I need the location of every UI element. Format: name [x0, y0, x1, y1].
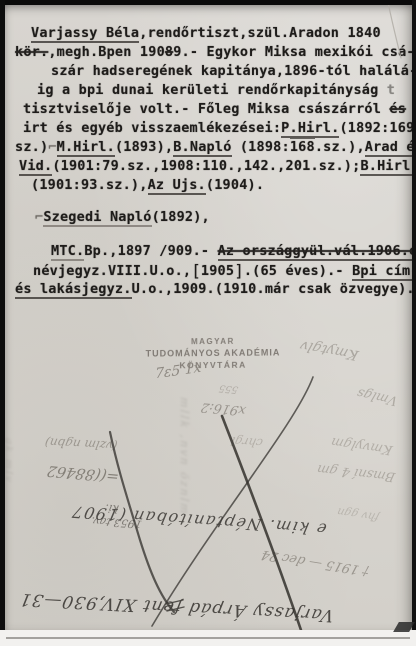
- text-segment: (1901:93.sz.),: [31, 177, 148, 193]
- handwritten-annotation: Kmvylgm: [329, 434, 394, 457]
- text-segment: és: [389, 101, 406, 117]
- text-segment: (1901:79.sz.,1908:110.,142.,201.sz.);: [52, 158, 360, 174]
- typed-line: szár hadseregének kapitánya,1896-tól hal…: [15, 62, 415, 81]
- text-segment: (1904).: [206, 177, 264, 193]
- text-segment: P.Hirl.: [281, 120, 339, 138]
- typewritten-text-block: Varjassy Béla,rendőrtiszt,szül.Aradon 18…: [15, 24, 415, 299]
- text-segment: tisztviselője volt.- Főleg Miksa császár…: [23, 101, 389, 117]
- text-segment: B.Hirl.: [360, 158, 416, 176]
- handwritten-annotation: † 1915 — dec 24: [259, 547, 371, 579]
- typed-line: Varjassy Béla,rendőrtiszt,szül.Aradon 18…: [15, 24, 415, 43]
- text-segment: Varjassy Béla: [31, 25, 139, 43]
- handwritten-annotation: Kmytglv: [298, 337, 361, 363]
- text-segment: 168: [290, 138, 315, 155]
- text-segment: Az Ujs.: [148, 177, 206, 195]
- typed-line: és lakásjegyz.U.o.,1909.(1910.már csak ö…: [15, 280, 415, 299]
- handwritten-annotation: x916:2: [199, 399, 247, 418]
- text-segment: ,rendőrtiszt,szül.Aradon 1840: [139, 25, 381, 41]
- text-segment: .sz.),: [315, 139, 365, 155]
- text-segment: (1892:169.: [339, 120, 416, 136]
- text-segment: Arad és: [365, 139, 416, 157]
- text-segment: M.Hirl.: [57, 139, 115, 157]
- handwritten-annotation: mllk ,nvn öznlm: [178, 396, 191, 516]
- stamp-line-2: TUDOMÁNYOS AKADÉMIA: [123, 346, 303, 360]
- photo-bottom-edge-line: [6, 637, 410, 639]
- handwritten-annotation: =((88462: [45, 462, 121, 486]
- text-segment: 9.- Egykor Miksa mexikói csá-: [173, 44, 415, 60]
- handwritten-annotation: e kim. Néptanítóban (1907: [69, 502, 328, 539]
- text-segment: és lakásjegyz.: [15, 281, 132, 299]
- text-segment: .(65 éves).-: [244, 263, 352, 279]
- handwritten-annotation: chrgl: [230, 434, 265, 450]
- typed-line: sz.)⌐M.Hirl.(1893),B.Napló (1898:168.sz.…: [15, 138, 415, 157]
- typed-line: MTC.Bp.,1897 /909.- Az országgyül.vál.19…: [15, 242, 415, 261]
- handwritten-annotation: (vzlm ngbn): [44, 435, 119, 453]
- library-stamp: MAGYAR TUDOMÁNYOS AKADÉMIA KÖNYVTÁRA: [123, 335, 303, 372]
- text-segment: ⌐: [48, 139, 56, 155]
- typed-line: ⌐Szegedi Napló(1892),: [15, 208, 415, 227]
- handwritten-annotation: Vmlgs: [355, 385, 400, 408]
- typed-line: Vid.(1901:79.sz.,1908:110.,142.,201.sz.)…: [15, 157, 415, 176]
- text-segment: névjegyz.VIII.U.o.,: [33, 263, 191, 279]
- text-segment: ig a bpi dunai kerületi rendőrkapitánysá…: [37, 82, 387, 98]
- text-segment: irt és egyéb visszaemlékezései:: [23, 120, 281, 136]
- text-segment: (1893),: [115, 139, 173, 155]
- text-segment: Bpi cím-: [352, 263, 416, 281]
- typed-line: irt és egyéb visszaemlékezései:P.Hirl.(1…: [15, 119, 415, 138]
- text-segment: szár hadseregének kapitánya,1896-tól hal…: [51, 63, 416, 79]
- text-segment: Az országgyül.vál.1906.é.: [218, 243, 416, 261]
- photo-frame-right: [412, 0, 416, 632]
- handwritten-annotation: 555: [218, 382, 240, 394]
- typed-line: kör.,megh.Bpen 19089.- Egykor Miksa mexi…: [15, 43, 415, 62]
- typed-line: névjegyz.VIII.U.o.,[1905].(65 éves).- Bp…: [15, 261, 415, 280]
- text-segment: sz.): [15, 139, 48, 155]
- text-segment: (1892),: [152, 209, 210, 225]
- text-segment: ]: [234, 261, 244, 280]
- text-segment: U.o.,1909.(1910.már csak özvegye).: [132, 281, 415, 297]
- text-segment: Bp.,1897 /909.-: [84, 243, 217, 259]
- photo-frame-top: [0, 0, 416, 5]
- text-segment: t: [387, 82, 395, 98]
- text-segment: (1898:: [232, 139, 290, 155]
- text-segment: [: [191, 261, 201, 280]
- text-segment: 1905: [201, 263, 234, 279]
- archive-card-paper: Varjassy Béla,rendőrtiszt,szül.Aradon 18…: [5, 5, 412, 630]
- typed-line: ig a bpi dunai kerületi rendőrkapitánysá…: [15, 81, 415, 100]
- text-segment: ,megh.Bpen 190: [48, 44, 165, 60]
- typed-line: tisztviselője volt.- Főleg Miksa császár…: [15, 100, 415, 119]
- text-segment: MTC.: [51, 243, 84, 261]
- handwritten-annotation: Varjassy Árpád fent XIV,930—31: [17, 589, 335, 625]
- typed-line: (1901:93.sz.),Az Ujs.(1904).: [15, 176, 415, 195]
- stamp-line-3: KÖNYVTÁRA: [123, 358, 303, 372]
- text-segment: Vid.: [19, 158, 52, 176]
- text-segment: Szegedi Napló: [43, 209, 151, 227]
- handwritten-annotation: fhv ggn: [335, 505, 380, 523]
- text-segment: 8: [165, 44, 173, 60]
- photo-frame-left: [0, 0, 5, 640]
- text-segment: B.Napló: [173, 139, 231, 157]
- scanned-catalog-card-photo: Varjassy Béla,rendőrtiszt,szül.Aradon 18…: [0, 0, 416, 646]
- handwritten-annotation: Bmsní 4 gm: [315, 461, 397, 484]
- text-segment: kör.: [15, 44, 48, 60]
